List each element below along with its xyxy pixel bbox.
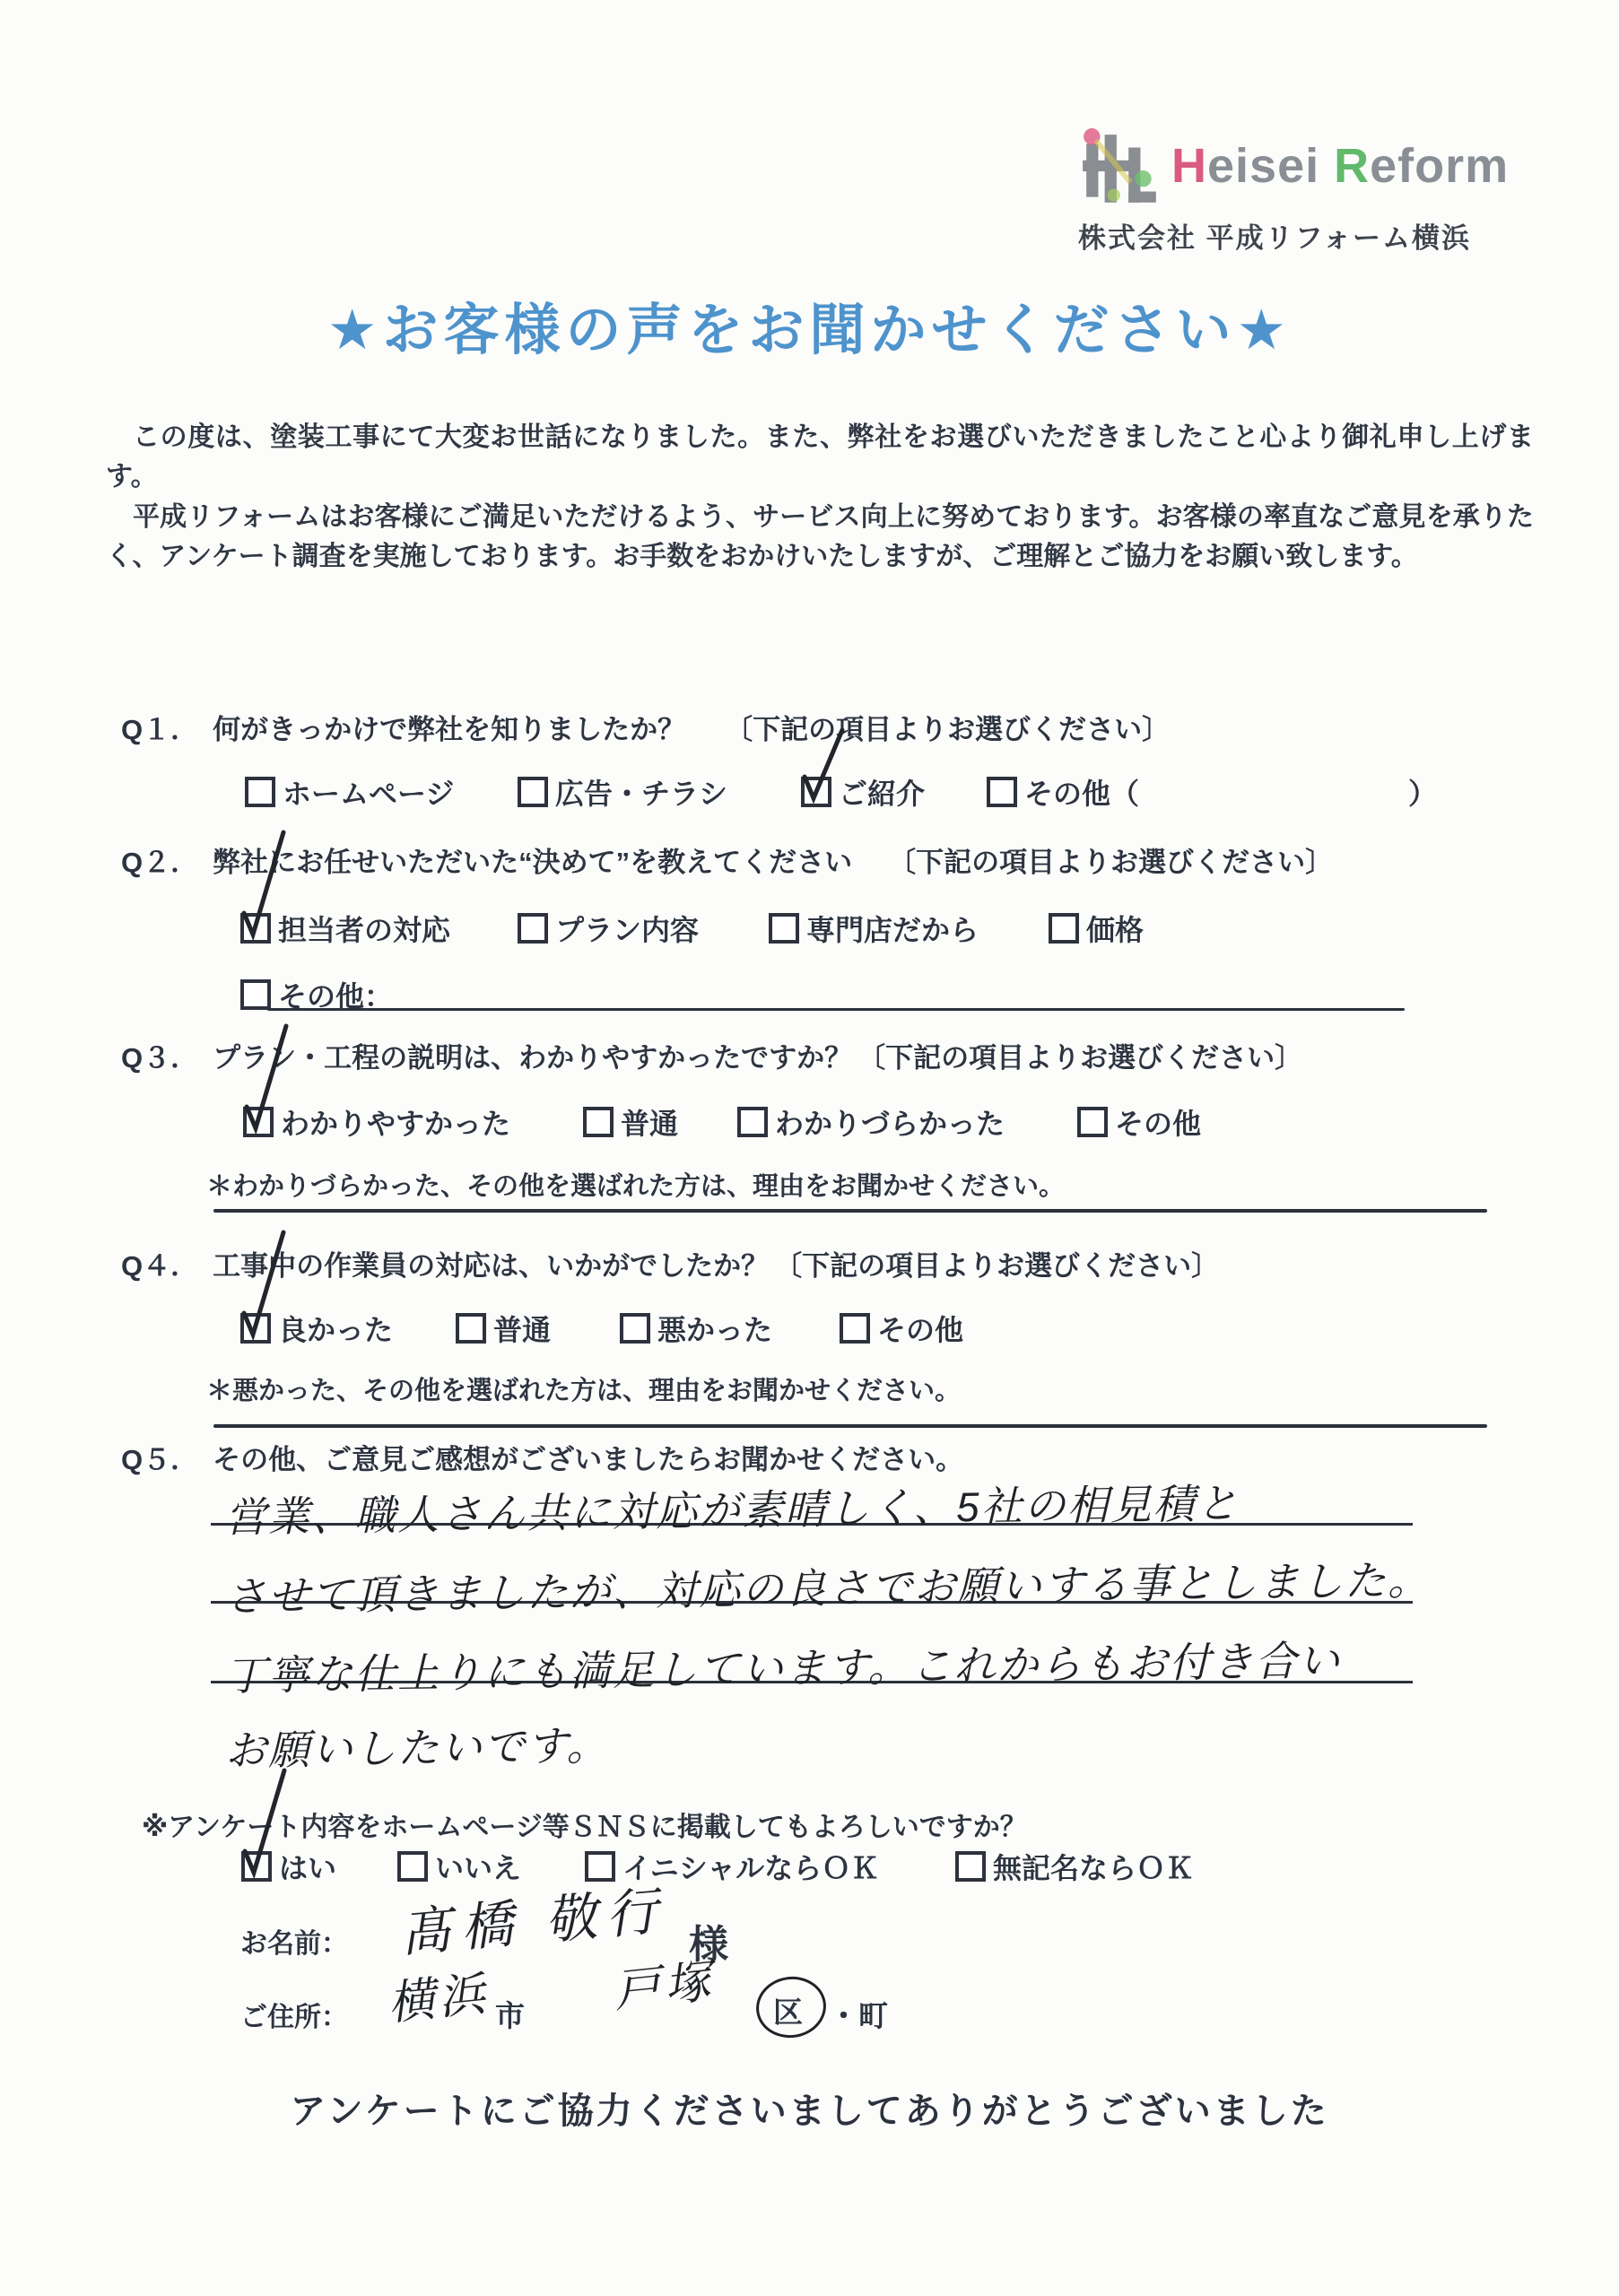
checkbox-icon (518, 913, 548, 944)
q3-question-text: プラン・工程の説明は、わかりやすかったですか？ (213, 1035, 852, 1075)
q4-option-label: 良かった (278, 1308, 393, 1349)
checkbox-icon (397, 1851, 428, 1882)
q3-note: ＊わかりづらかった、その他を選ばれた方は、理由をお聞かせください。 (206, 1166, 1065, 1203)
q2-question-text: 弊社にお任せいただいた“決めて”を教えてください (213, 839, 852, 880)
q2-option-plan: プラン内容 (518, 908, 699, 949)
q4-hint: 〔下記の項目よりお選びください〕 (774, 1243, 1219, 1283)
q1-hint: 〔下記の項目よりお選びください〕 (725, 707, 1170, 747)
q2-option-label: プラン内容 (555, 908, 699, 949)
checkbox-icon (840, 1313, 870, 1344)
q1-option-label: ホームページ (283, 771, 454, 813)
checkbox-icon (583, 1107, 614, 1137)
brand-letter-r: R (1334, 139, 1370, 193)
heisei-reform-logo-mark-icon (1082, 127, 1161, 212)
q3-option-hard: わかりづらかった (737, 1101, 1005, 1143)
q1-option-flyer: 広告・チラシ (518, 771, 727, 813)
checkbox-icon (769, 913, 799, 944)
q1-title: Q１． 何がきっかけで弊社を知りましたか？ 〔下記の項目よりお選びください〕 (121, 707, 1170, 747)
q4-note: ＊悪かった、その他を選ばれた方は、理由をお聞かせください。 (206, 1370, 961, 1407)
q5-answer-line-4: お願いしたいです。 (211, 1683, 1413, 1761)
q2-option-label: 専門店だから (806, 908, 979, 949)
section-divider (213, 1209, 1487, 1213)
checkbox-icon (801, 777, 831, 807)
q2-option-label: 担当者の対応 (278, 908, 450, 949)
q3-option-label: わかりづらかった (775, 1101, 1005, 1143)
q1-paren-close: ） (1408, 771, 1437, 813)
q5-answer-line-2: させて頂きましたが、対応の良さでお願いする事としました。 (211, 1526, 1413, 1604)
q2-option-specialty: 専門店だから (769, 908, 979, 949)
brand-eform: eform (1370, 139, 1509, 193)
checkbox-icon (241, 1851, 272, 1882)
q1-option-label: ご紹介 (839, 771, 925, 813)
checkbox-icon (1077, 1107, 1108, 1137)
handwritten-circle-mark (753, 1972, 831, 2042)
q3-hint: 〔下記の項目よりお選びください〕 (857, 1035, 1302, 1075)
sns-option-anonymous-ok: 無記名ならＯＫ (955, 1846, 1194, 1887)
q5-answer-line-3: 丁寧な仕上りにも満足しています。これからもお付き合い (211, 1604, 1413, 1683)
q1-option-referral: ご紹介 (801, 771, 925, 813)
q3-number: Q３． (121, 1035, 198, 1075)
brand-letter-h: H (1171, 139, 1207, 193)
q3-option-normal: 普通 (583, 1101, 678, 1143)
checkbox-icon (737, 1107, 768, 1137)
checkbox-icon (240, 913, 271, 944)
handwritten-check-icon (237, 1227, 289, 1342)
q4-option-label: 普通 (493, 1308, 551, 1349)
checkbox-icon (243, 1107, 274, 1137)
checkbox-icon (620, 1313, 650, 1344)
intro-paragraph-1: この度は、塗装工事にて大変お世話になりました。また、弊社をお選びいただきましたこ… (106, 418, 1534, 498)
q4-option-label: その他 (877, 1308, 963, 1349)
intro-text: この度は、塗装工事にて大変お世話になりました。また、弊社をお選びいただきましたこ… (106, 418, 1534, 578)
q5-answer-line-1: 営業、職人さん共に対応が素晴しく、5社の相見積と (211, 1455, 1413, 1526)
handwritten-check-icon (237, 827, 289, 942)
q2-option-price: 価格 (1049, 908, 1144, 949)
page-title: ★お客様の声をお聞かせください★ (0, 285, 1619, 365)
q1-option-label: 広告・チラシ (555, 771, 727, 813)
intro-paragraph-2: 平成リフォームはお客様にご満足いただけるよう、サービス向上に努めております。お客… (106, 498, 1534, 578)
q4-number: Q４． (121, 1243, 198, 1283)
q5-number: Q５． (121, 1437, 198, 1477)
brand-wordmark: HeiseiReform (1171, 138, 1509, 194)
q3-option-easy: わかりやすかった (243, 1101, 510, 1143)
sns-option-no: いいえ (397, 1846, 521, 1887)
handwritten-check-icon (239, 1021, 292, 1135)
q4-option-other: その他 (840, 1308, 963, 1349)
handwritten-check-icon (238, 1765, 290, 1880)
name-field-label: お名前： (240, 1921, 348, 1961)
address-town-suffix: ・町 (829, 1993, 888, 2035)
handwritten-check-icon (797, 726, 849, 805)
q4-option-normal: 普通 (456, 1308, 551, 1349)
q2-title: Q２． 弊社にお任せいただいた“決めて”を教えてください 〔下記の項目よりお選び… (121, 839, 1333, 880)
company-name: 株式会社 平成リフォーム横浜 (1078, 215, 1471, 256)
q4-option-bad: 悪かった (620, 1308, 772, 1349)
checkbox-icon (240, 1313, 271, 1344)
address-field-label: ご住所： (240, 1995, 348, 2034)
sns-option-label: 無記名ならＯＫ (993, 1846, 1194, 1887)
checkbox-icon (987, 777, 1017, 807)
checkbox-icon (245, 777, 275, 807)
q1-option-other: その他（ ） (987, 771, 1437, 813)
q3-option-label: 普通 (621, 1101, 678, 1143)
q3-option-other: その他 (1077, 1101, 1201, 1143)
checkbox-icon (1049, 913, 1079, 944)
checkbox-icon (456, 1313, 486, 1344)
sns-option-yes: はい (241, 1846, 336, 1887)
handwritten-ward: 戸塚 (610, 1943, 717, 2020)
checkbox-icon (518, 777, 548, 807)
q1-question-text: 何がきっかけで弊社を知りましたか？ (213, 707, 685, 747)
address-city-suffix: 市 (495, 1993, 525, 2035)
handwritten-city: 横浜 (384, 1955, 491, 2032)
q2-option-staff: 担当者の対応 (240, 908, 450, 949)
section-divider (213, 1424, 1487, 1428)
q2-hint: 〔下記の項目よりお選びください〕 (888, 839, 1333, 880)
q2-other-answer-line (267, 1008, 1405, 1011)
q2-number: Q２． (121, 839, 198, 880)
thanks-message: アンケートにご協力くださいましてありがとうございました (0, 2083, 1619, 2134)
brand-eisei: eisei (1207, 139, 1319, 193)
q3-title: Q３． プラン・工程の説明は、わかりやすかったですか？ 〔下記の項目よりお選びく… (121, 1035, 1302, 1075)
sns-option-label: いいえ (435, 1846, 521, 1887)
checkbox-icon (955, 1851, 986, 1882)
q4-question-text: 工事中の作業員の対応は、いかがでしたか？ (213, 1243, 769, 1283)
q2-option-label: 価格 (1086, 908, 1144, 949)
q4-option-label: 悪かった (657, 1308, 772, 1349)
q1-number: Q１． (121, 707, 198, 747)
q3-option-label: わかりやすかった (281, 1101, 510, 1143)
q3-option-label: その他 (1115, 1101, 1201, 1143)
survey-scan-page: HeiseiReform 株式会社 平成リフォーム横浜 ★お客様の声をお聞かせく… (0, 0, 1619, 2296)
checkbox-icon (240, 979, 271, 1010)
q1-option-label: その他（ (1024, 771, 1139, 813)
company-logo: HeiseiReform 株式会社 平成リフォーム横浜 (1076, 126, 1498, 251)
q1-option-homepage: ホームページ (245, 771, 454, 813)
q4-option-good: 良かった (240, 1308, 393, 1349)
